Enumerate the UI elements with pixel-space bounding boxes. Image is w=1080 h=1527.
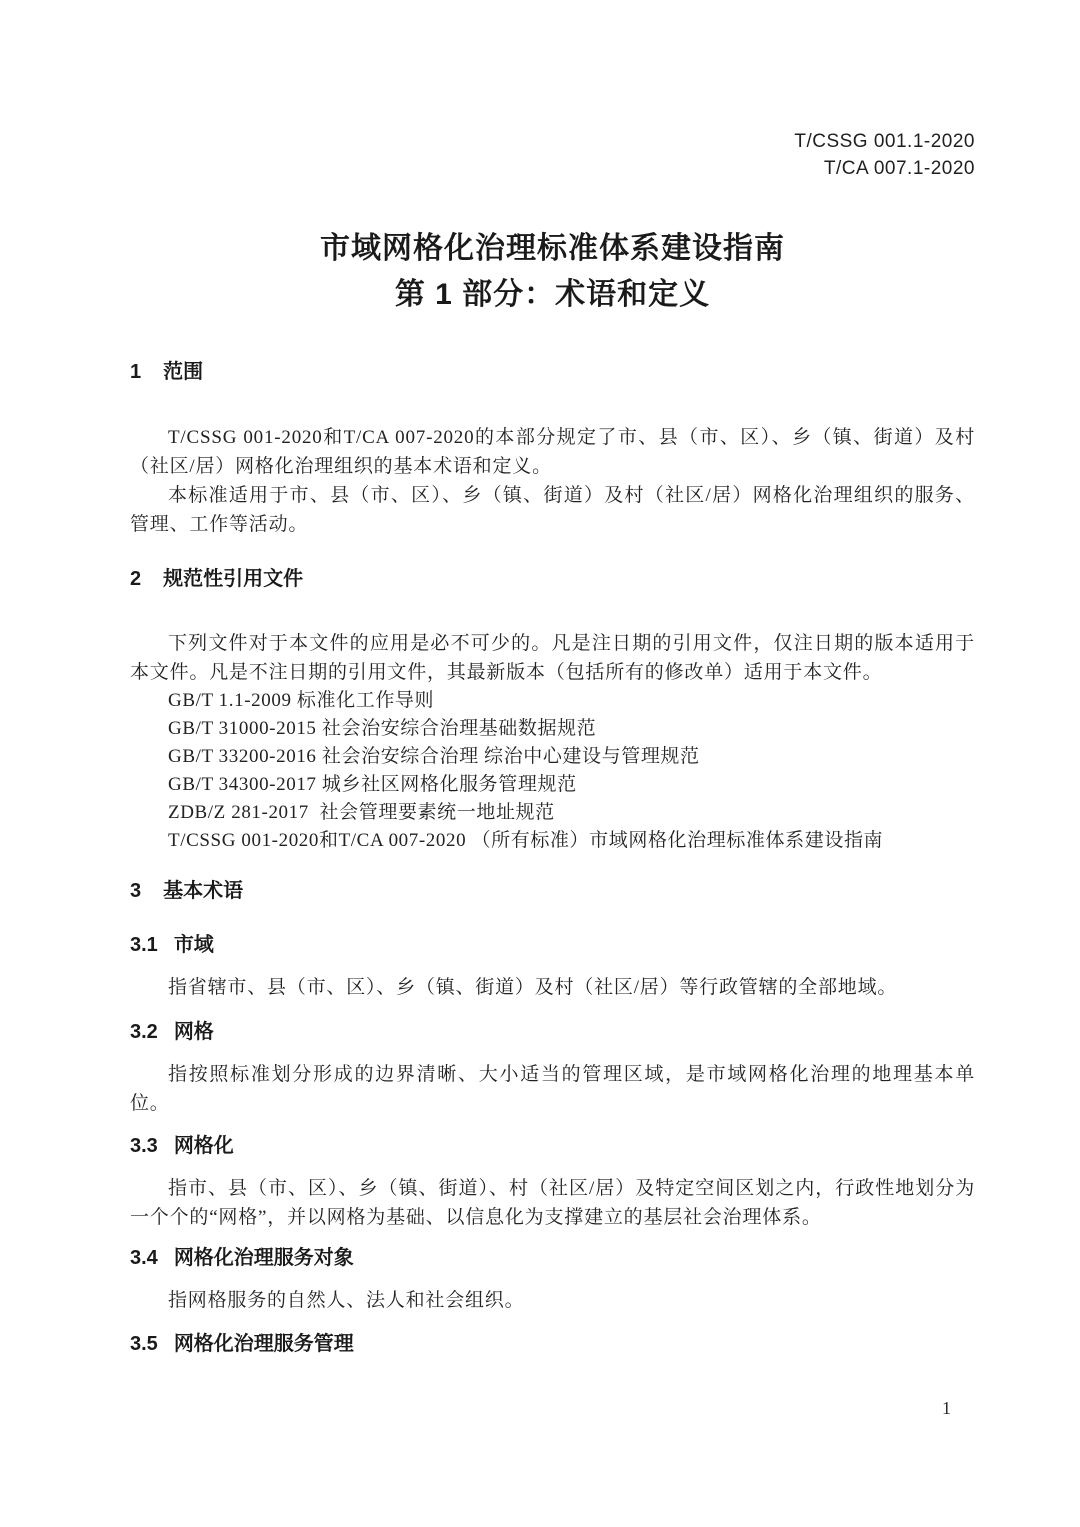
document-title: 市域网格化治理标准体系建设指南 第 1 部分：术语和定义 — [130, 226, 975, 318]
document-title-line1: 市域网格化治理标准体系建设指南 — [130, 226, 975, 272]
references-intro-paragraph: 下列文件对于本文件的应用是必不可少的。凡是注日期的引用文件，仅注日期的版本适用于… — [130, 629, 975, 687]
section-1-title: 范围 — [163, 358, 203, 386]
page-number: 1 — [942, 1398, 951, 1419]
references-list: GB/T 1.1-2009 标准化工作导则 GB/T 31000-2015 社会… — [130, 687, 975, 855]
section-1-number: 1 — [130, 358, 141, 386]
section-3-heading: 3 基本术语 — [130, 877, 975, 905]
reference-item: T/CSSG 001-2020和T/CA 007-2020 （所有标准）市域网格… — [130, 827, 975, 855]
term-3-3-number: 3.3 — [130, 1132, 158, 1160]
standard-code-line: T/CA 007.1-2020 — [130, 155, 975, 182]
term-3-4-heading: 3.4 网格化治理服务对象 — [130, 1244, 975, 1272]
term-3-5-heading: 3.5 网格化治理服务管理 — [130, 1330, 975, 1358]
document-page: T/CSSG 001.1-2020 T/CA 007.1-2020 市域网格化治… — [0, 0, 1080, 1527]
reference-item: GB/T 31000-2015 社会治安综合治理基础数据规范 — [130, 715, 975, 743]
term-3-1-title: 市域 — [174, 931, 214, 959]
term-3-2-definition: 指按照标准划分形成的边界清晰、大小适当的管理区域，是市域网格化治理的地理基本单位… — [130, 1060, 975, 1118]
term-3-2-title: 网格 — [174, 1018, 214, 1046]
term-3-3-title: 网格化 — [174, 1132, 234, 1160]
term-3-3-heading: 3.3 网格化 — [130, 1132, 975, 1160]
section-3-number: 3 — [130, 877, 141, 905]
term-3-4-definition: 指网格服务的自然人、法人和社会组织。 — [130, 1286, 975, 1315]
section-1-heading: 1 范围 — [130, 358, 975, 386]
section-2-heading: 2 规范性引用文件 — [130, 565, 975, 593]
term-3-2-heading: 3.2 网格 — [130, 1018, 975, 1046]
scope-paragraph-2: 本标准适用于市、县（市、区）、乡（镇、街道）及村（社区/居）网格化治理组织的服务… — [130, 481, 975, 539]
section-3-title: 基本术语 — [163, 877, 243, 905]
term-3-2-number: 3.2 — [130, 1018, 158, 1046]
scope-paragraph-1: T/CSSG 001-2020和T/CA 007-2020的本部分规定了市、县（… — [130, 423, 975, 481]
reference-item: GB/T 34300-2017 城乡社区网格化服务管理规范 — [130, 771, 975, 799]
reference-item: ZDB/Z 281-2017 社会管理要素统一地址规范 — [130, 799, 975, 827]
term-3-5-title: 网格化治理服务管理 — [174, 1330, 354, 1358]
standard-code-line: T/CSSG 001.1-2020 — [130, 128, 975, 155]
reference-item: GB/T 33200-2016 社会治安综合治理 综治中心建设与管理规范 — [130, 743, 975, 771]
reference-item: GB/T 1.1-2009 标准化工作导则 — [130, 687, 975, 715]
page-content: T/CSSG 001.1-2020 T/CA 007.1-2020 市域网格化治… — [0, 0, 1080, 1358]
section-2-title: 规范性引用文件 — [163, 565, 303, 593]
term-3-1-heading: 3.1 市域 — [130, 931, 975, 959]
term-3-4-title: 网格化治理服务对象 — [174, 1244, 354, 1272]
document-title-line2: 第 1 部分：术语和定义 — [130, 272, 975, 318]
term-3-4-number: 3.4 — [130, 1244, 158, 1272]
standard-codes: T/CSSG 001.1-2020 T/CA 007.1-2020 — [130, 0, 975, 182]
section-2-number: 2 — [130, 565, 141, 593]
term-3-1-number: 3.1 — [130, 931, 158, 959]
term-3-1-definition: 指省辖市、县（市、区）、乡（镇、街道）及村（社区/居）等行政管辖的全部地域。 — [130, 973, 975, 1002]
term-3-3-definition: 指市、县（市、区）、乡（镇、街道）、村（社区/居）及特定空间区划之内，行政性地划… — [130, 1174, 975, 1232]
term-3-5-number: 3.5 — [130, 1330, 158, 1358]
